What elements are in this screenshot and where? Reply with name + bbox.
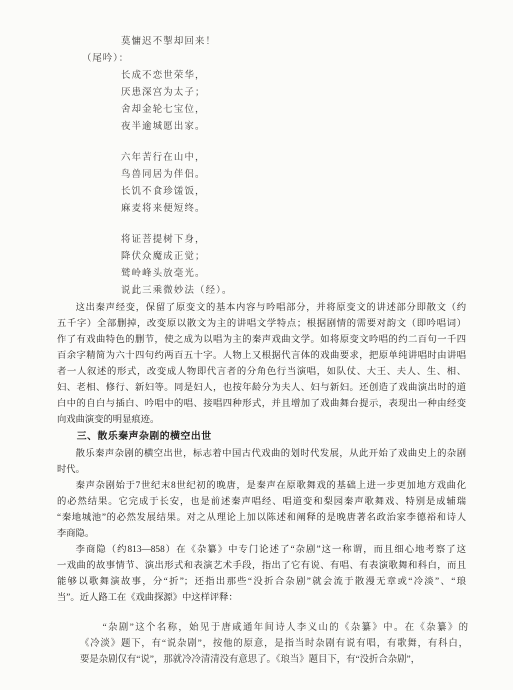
paragraph-line: 李商隐（约813—858）在《杂纂》中专门论述了“杂剧”这一称谓，而且细心地考察… [57,542,466,558]
verse-stanza-2: 六年苦行在山中，鸟兽同居为伴侣。长饥不食珍馐饭，麻麦将来便短终。 [57,150,466,218]
quote-line: 《冷淡》题下，有“说杂剧”，按他的原意，是指当时杂剧有说有唱，有歌舞，有科白， [80,636,468,652]
blockquote-xiqu-tanyuan: “杂剧”这个名称，始见于唐咸通年间诗人李义山的《杂纂》中。在《杂纂》的《冷淡》题… [80,620,468,668]
verse-stanza-1: 长成不恋世荣华，厌患深宫为太子；舍却金轮七宝位，夜半逾城愿出家。 [57,68,466,136]
paragraph-line: 李商隐。 [57,526,466,542]
paragraph-qinsheng-zaju: 秦声杂剧始于7世纪末8世纪初的晚唐，是秦声在原歌舞戏的基础上进一步更加地方戏曲化… [57,478,466,542]
text-column: 莫慵迟不掣却回来！ （尾吟）： 长成不恋世荣华，厌患深宫为太子；舍却金轮七宝位，… [0,0,513,668]
paragraph-line: 五千字）全部删掉，改变原以散文为主的讲唱文学特点；根据剧情的需要对韵文（即吟唱词… [57,316,466,332]
paragraph-li-shangyin: 李商隐（约813—858）在《杂纂》中专门论述了“杂剧”这一称谓，而且细心地考察… [57,542,466,606]
verse-line: 长饥不食珍馐饭， [121,184,466,201]
document-page: 莫慵迟不掣却回来！ （尾吟）： 长成不恋世荣华，厌患深宫为太子；舍却金轮七宝位，… [0,0,513,690]
paragraph-sanyue-zaju: 散乐秦声杂剧的横空出世，标志着中国古代戏曲的划时代发展，从此开始了戏曲史上的杂剧… [57,446,466,478]
verse-line: 将证菩提树下身， [121,232,466,249]
section-heading: 三、散乐秦声杂剧的横空出世 [57,428,466,446]
paragraph-line: 作了有戏曲特色的删节，使之成为以唱为主的秦声戏曲文学。如将原变文吟唱的约二百句一… [57,332,466,348]
paragraph-line: “秦地城池”的必然发展结果。对之从理论上加以陈述和阐释的是晚唐著名政治家李德裕和… [57,510,466,526]
paragraph-line: 这出秦声经变，保留了原变文的基本内容与吟唱部分，并将原变文的讲述部分即散文（约 [57,300,466,316]
verse-line: 长成不恋世荣华， [121,68,466,85]
verse-line: 六年苦行在山中， [121,150,466,167]
stage-direction: （尾吟）： [82,51,466,68]
verse-line: 麻麦将来便短终。 [121,201,466,218]
verse-stanza-3: 将证菩提树下身，降伏众魔成正觉；鹫岭峰头放毫光。说此三乘微妙法（经）。 [57,232,466,300]
stanza-gap [57,218,466,232]
verse-line: 说此三乘微妙法（经）。 [121,283,466,300]
paragraph-jingbian: 这出秦声经变，保留了原变文的基本内容与吟唱部分，并将原变文的讲述部分即散文（约五… [57,300,466,428]
verse-line: 鸟兽同居为伴侣。 [121,167,466,184]
paragraph-line: 秦声杂剧始于7世纪末8世纪初的晚唐，是秦声在原歌舞戏的基础上进一步更加地方戏曲化 [57,478,466,494]
quote-line: 要是杂剧仅有“说”，那就冷冷清清没有意思了。《琅当》题目下，有“没折合杂剧”， [80,652,468,668]
verse-line: 降伏众魔成正觉； [121,249,466,266]
verse-line: 厌患深宫为太子； [121,85,466,102]
verse-opening: 莫慵迟不掣却回来！ [57,34,466,51]
paragraph-line: 者一人叙述的形式，改变成人物即代言者的分角色行当演唱，如队仗、大王、夫人、生、相… [57,364,466,380]
paragraph-line: 向戏曲演变的明显痕迹。 [57,412,466,428]
paragraph-line: 百余字精简为六十四句约两百五十字。人物上又根据代言体的戏曲要求，把原单纯讲唱时由… [57,348,466,364]
verse-line: 夜半逾城愿出家。 [121,119,466,136]
verse-line: 舍却金轮七宝位， [121,102,466,119]
paragraph-line: 当”。近人路工在《戏曲探源》中这样评释： [57,590,466,606]
paragraph-line: 能够以歌舞演故事，分“折”；还指出那些“没折合杂剧”就会流于散漫无章或“冷淡”、… [57,574,466,590]
paragraph-line: 一戏曲的故事情节、演出形式和表演艺术手段，指出了它有说、有唱、有表演歌舞和科白，… [57,558,466,574]
quote-line: “杂剧”这个名称，始见于唐咸通年间诗人李义山的《杂纂》中。在《杂纂》的 [80,620,468,636]
paragraph-line: 散乐秦声杂剧的横空出世，标志着中国古代戏曲的划时代发展，从此开始了戏曲史上的杂剧 [57,446,466,462]
paragraph-line: 的必然结果。它完成于长安，也是前述秦声唱经、唱道变和梨园秦声歌舞戏、特别是成辅瑞 [57,494,466,510]
paragraph-line: 妇、老相、修行、新妇等。同是妇人，也按年龄分为夫人、妇与新妇。还创造了戏曲演出时… [57,380,466,396]
stanza-gap [57,136,466,150]
verse-line: 莫慵迟不掣却回来！ [121,34,466,51]
verse-line: 鹫岭峰头放毫光。 [121,266,466,283]
paragraph-line: 时代。 [57,462,466,478]
paragraph-line: 白中的自白与插白、吟唱中的唱、接唱四种形式，并且增加了戏曲舞台提示，表现出一种由… [57,396,466,412]
